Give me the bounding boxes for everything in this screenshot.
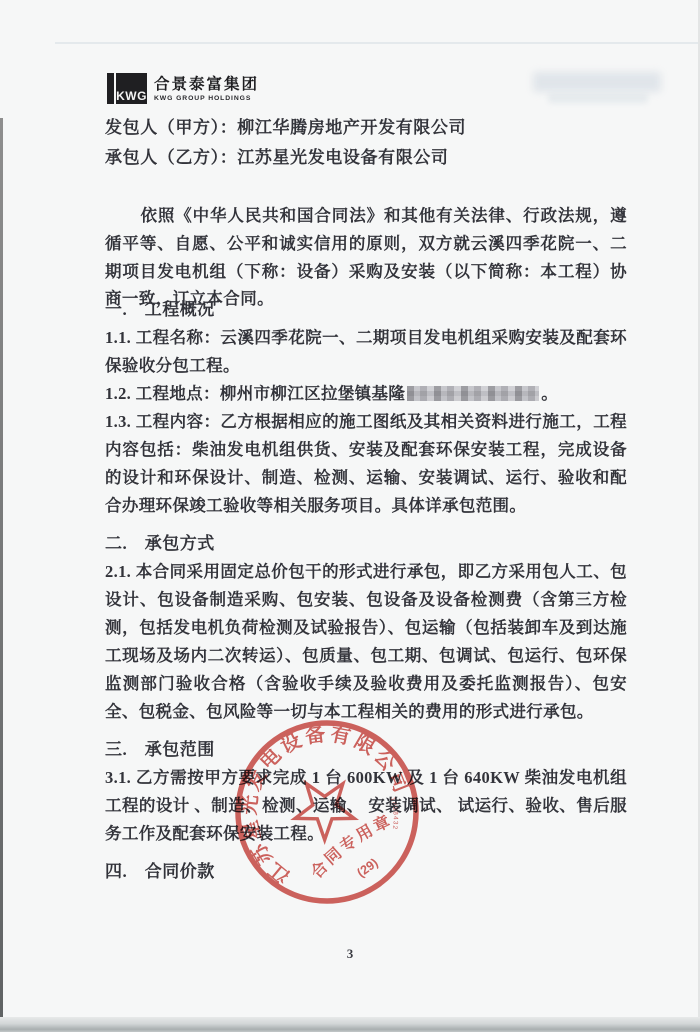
section-1-heading: 一. 工程概况: [105, 296, 627, 324]
red-contract-seal: 江苏星光发电设备有限公司 合同专用章 (29) 1008432: [227, 712, 427, 912]
party-b-line: 承包人（乙方）：江苏星光发电设备有限公司: [105, 143, 645, 173]
company-logo: KWG 合景泰富集团 KWG GROUP HOLDINGS: [107, 73, 259, 104]
logo-text: 合景泰富集团 KWG GROUP HOLDINGS: [154, 73, 259, 103]
section-2-heading: 二. 承包方式: [105, 530, 627, 558]
scanned-contract-page: KWG 合景泰富集团 KWG GROUP HOLDINGS 发包人（甲方）：柳江…: [0, 0, 700, 1032]
page-number: 3: [0, 946, 700, 962]
redacted-address: [407, 386, 539, 401]
clause-2-1: 2.1. 本合同采用固定总价包干的形式进行承包，即乙方采用包人工、包设计、包设备…: [105, 558, 627, 726]
logo-company-name-en: KWG GROUP HOLDINGS: [154, 94, 259, 103]
bleed-through-artifact: [548, 94, 648, 103]
kwg-logo-letters: KWG: [116, 73, 147, 104]
scan-crease-artifact: [55, 42, 700, 44]
logo-company-name-cn: 合景泰富集团: [154, 75, 259, 94]
clause-1-2-text: 1.2. 工程地点：柳州市柳江区拉堡镇基隆: [105, 384, 405, 403]
party-a-line: 发包人（甲方）：柳江华腾房地产开发有限公司: [105, 113, 645, 143]
clause-1-2-period: 。: [541, 384, 558, 403]
scan-edge-left: [0, 118, 3, 1032]
kwg-logo-icon: KWG: [107, 73, 147, 104]
kwg-logo-bar: [107, 73, 114, 104]
clause-1-2: 1.2. 工程地点：柳州市柳江区拉堡镇基隆。: [105, 380, 627, 408]
scan-edge-bottom: [0, 1017, 700, 1032]
contract-parties: 发包人（甲方）：柳江华腾房地产开发有限公司 承包人（乙方）：江苏星光发电设备有限…: [105, 113, 645, 173]
seal-number: (29): [354, 856, 380, 880]
clause-1-3: 1.3. 工程内容：乙方根据相应的施工图纸及其相关资料进行施工，工程内容包括：柴…: [105, 408, 627, 520]
bleed-through-artifact: [533, 72, 661, 92]
clause-1-1: 1.1. 工程名称：云溪四季花院一、二期项目发电机组采购安装及配套环保验收分包工…: [105, 324, 627, 380]
